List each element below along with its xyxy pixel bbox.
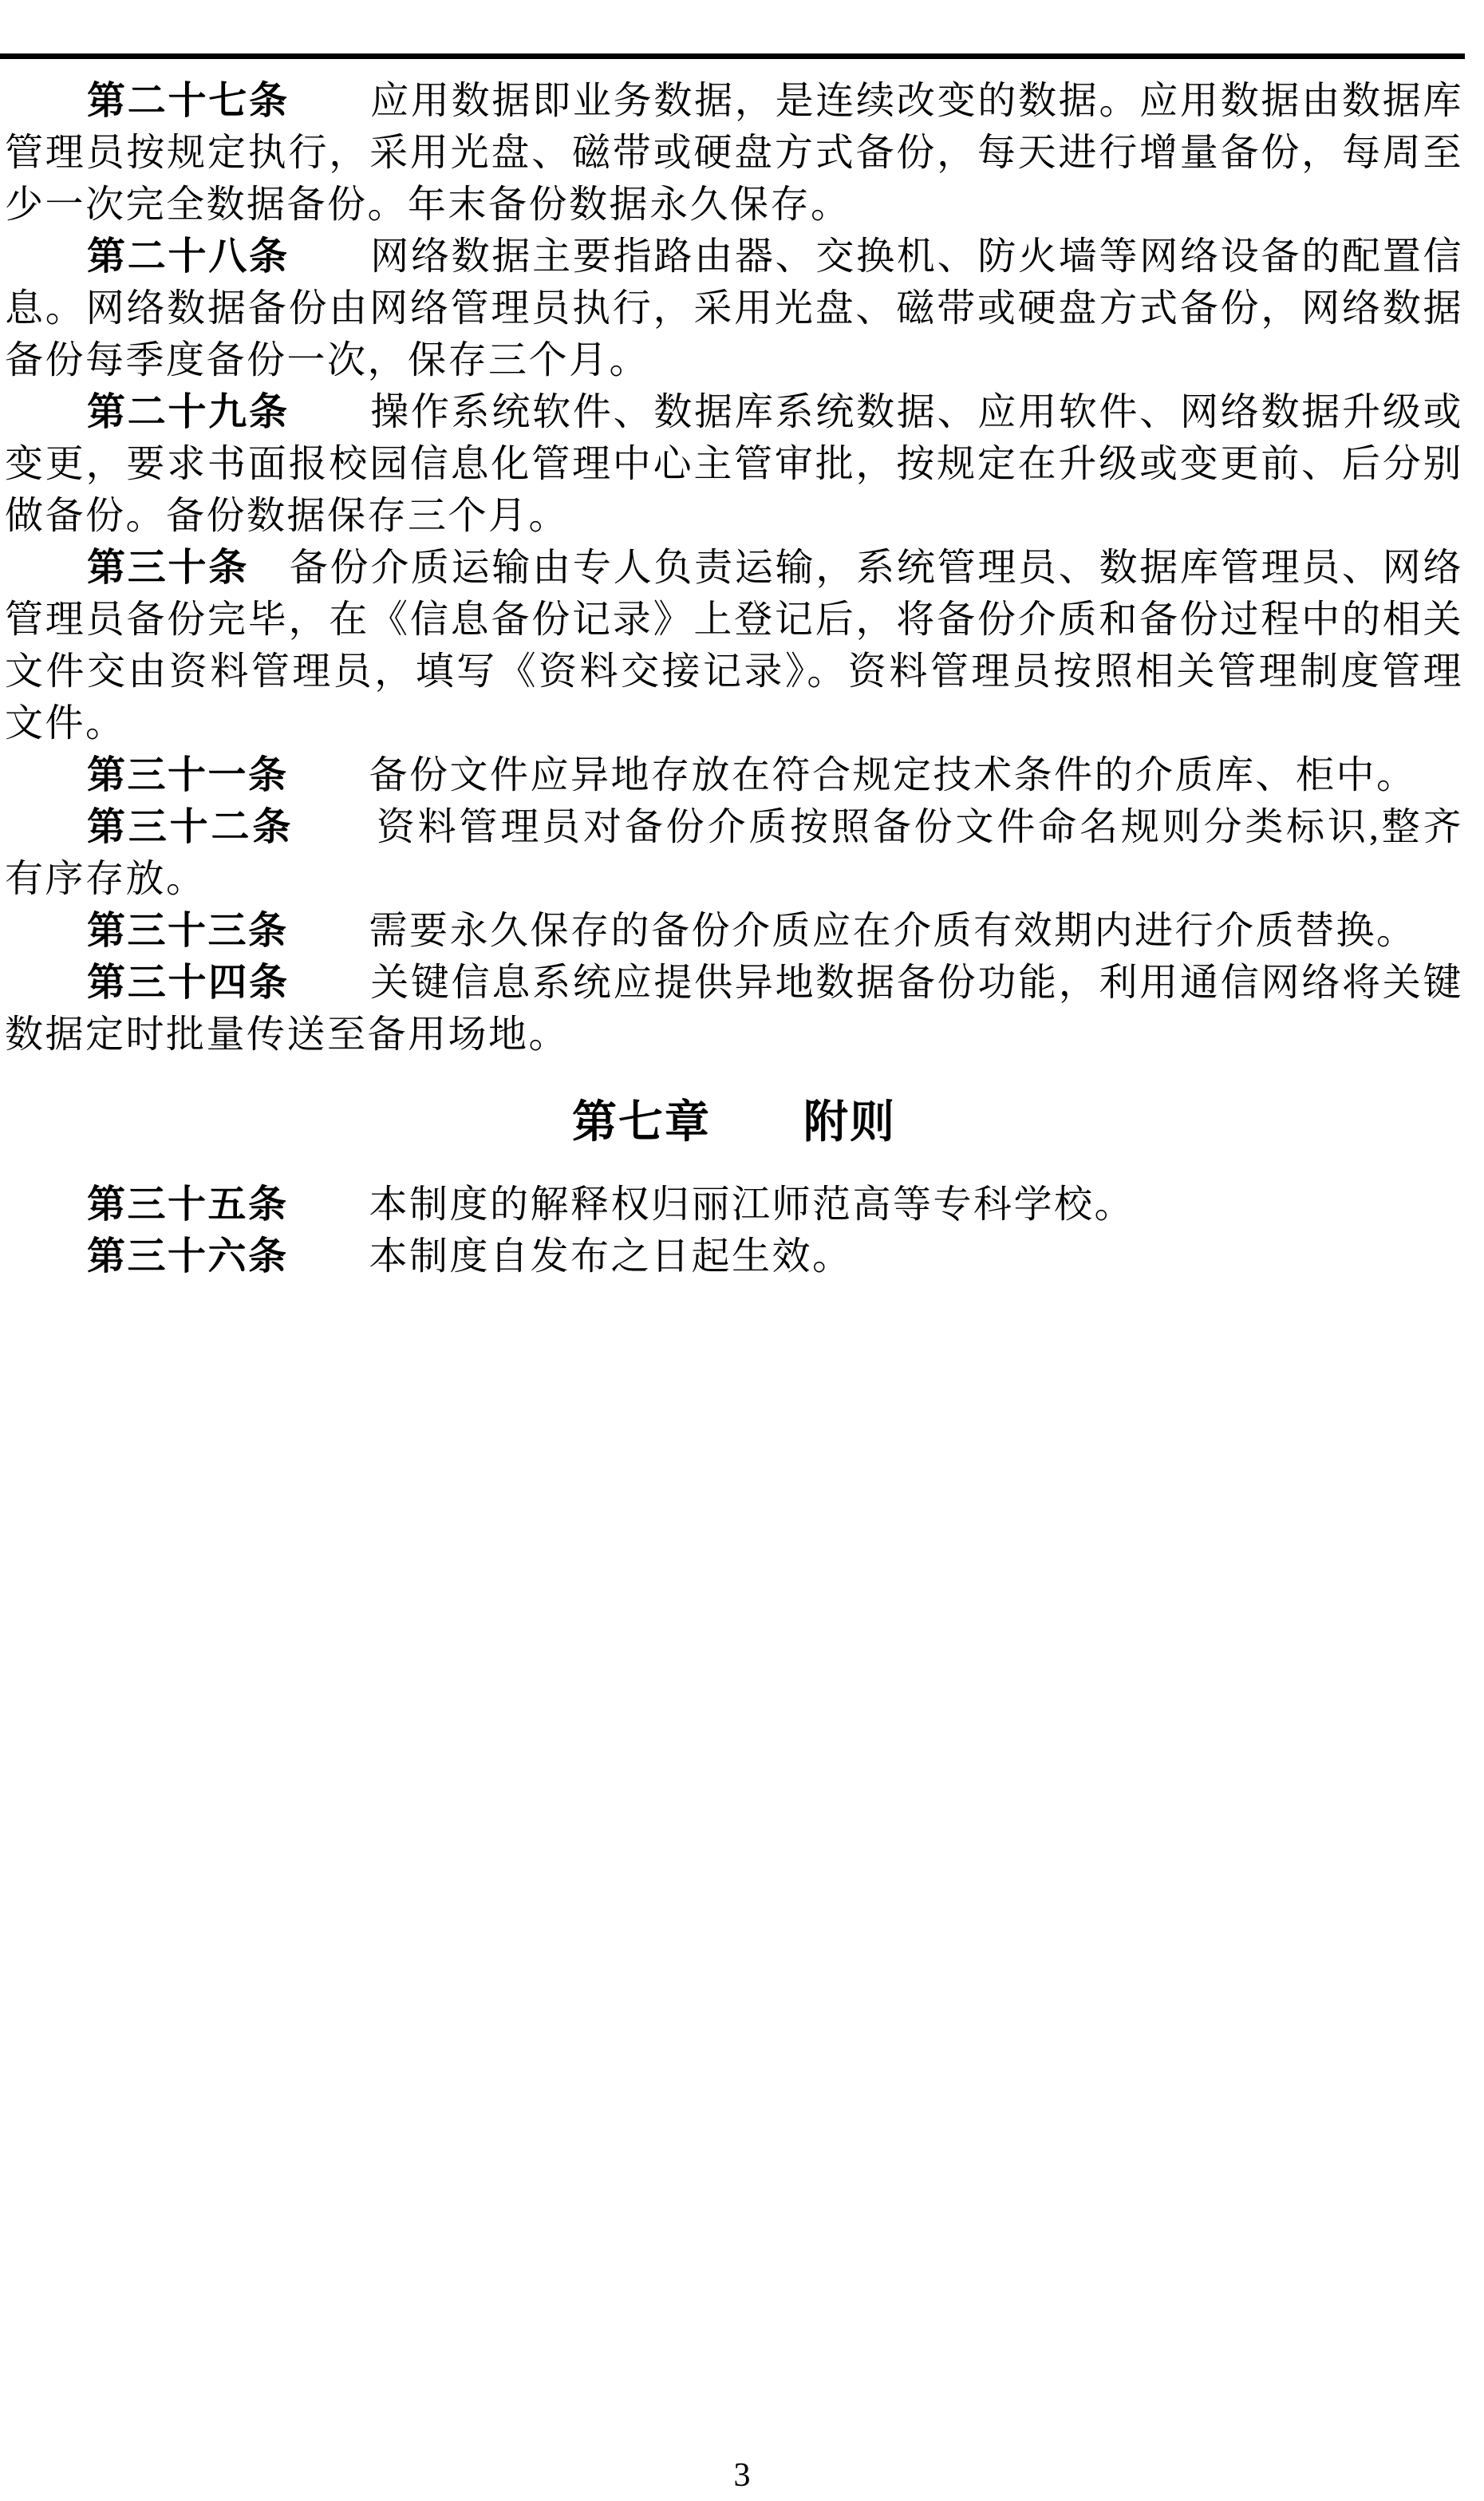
article-number: 第二十九条 xyxy=(87,391,290,433)
article-text: 本制度自发布之日起生效。 xyxy=(289,1235,853,1278)
article-paragraph: 第二十八条 网络数据主要指路由器、交换机、防火墙等网络设备的配置信息。网络数据备… xyxy=(5,231,1463,386)
article-paragraph: 第三十四条 关键信息系统应提供异地数据备份功能，利用通信网络将关键数据定时批量传… xyxy=(5,957,1463,1061)
article-number: 第三十五条 xyxy=(87,1183,289,1226)
page-number: 3 xyxy=(0,2456,1484,2495)
document-page: 第二十七条 应用数据即业务数据，是连续改变的数据。应用数据由数据库管理员按规定执… xyxy=(0,0,1484,2501)
article-paragraph: 第三十二条 资料管理员对备份介质按照备份文件命名规则分类标识,整齐有序存放。 xyxy=(5,801,1463,905)
header-rule xyxy=(0,53,1465,59)
article-text: 备份文件应异地存放在符合规定技术条件的介质库、柜中。 xyxy=(289,754,1417,796)
article-number: 第三十一条 xyxy=(87,754,289,796)
article-paragraph: 第二十九条 操作系统软件、数据库系统数据、应用软件、网络数据升级或变更，要求书面… xyxy=(5,386,1463,542)
article-paragraph: 第三十一条 备份文件应异地存放在符合规定技术条件的介质库、柜中。 xyxy=(5,749,1463,801)
article-text: 需要永久保存的备份介质应在介质有效期内进行介质替换。 xyxy=(289,910,1417,952)
article-paragraph: 第二十七条 应用数据即业务数据，是连续改变的数据。应用数据由数据库管理员按规定执… xyxy=(5,75,1463,231)
article-number: 第二十八条 xyxy=(87,235,290,278)
article-number: 第三十三条 xyxy=(87,910,289,952)
article-paragraph: 第三十六条 本制度自发布之日起生效。 xyxy=(5,1231,1463,1282)
article-paragraph: 第三十三条 需要永久保存的备份介质应在介质有效期内进行介质替换。 xyxy=(5,905,1463,957)
article-number: 第二十七条 xyxy=(87,80,290,122)
document-body: 第二十七条 应用数据即业务数据，是连续改变的数据。应用数据由数据库管理员按规定执… xyxy=(5,75,1463,1282)
article-number: 第三十六条 xyxy=(87,1235,289,1278)
article-number: 第三十条 xyxy=(87,547,249,589)
article-paragraph: 第三十五条 本制度的解释权归丽江师范高等专科学校。 xyxy=(5,1179,1463,1231)
chapter-heading: 第七章 附则 xyxy=(5,1094,1463,1150)
article-paragraph: 第三十条 备份介质运输由专人负责运输，系统管理员、数据库管理员、网络管理员备份完… xyxy=(5,542,1463,749)
article-number: 第三十二条 xyxy=(87,806,294,848)
article-text: 本制度的解释权归丽江师范高等专科学校。 xyxy=(289,1183,1135,1226)
article-number: 第三十四条 xyxy=(87,962,290,1004)
